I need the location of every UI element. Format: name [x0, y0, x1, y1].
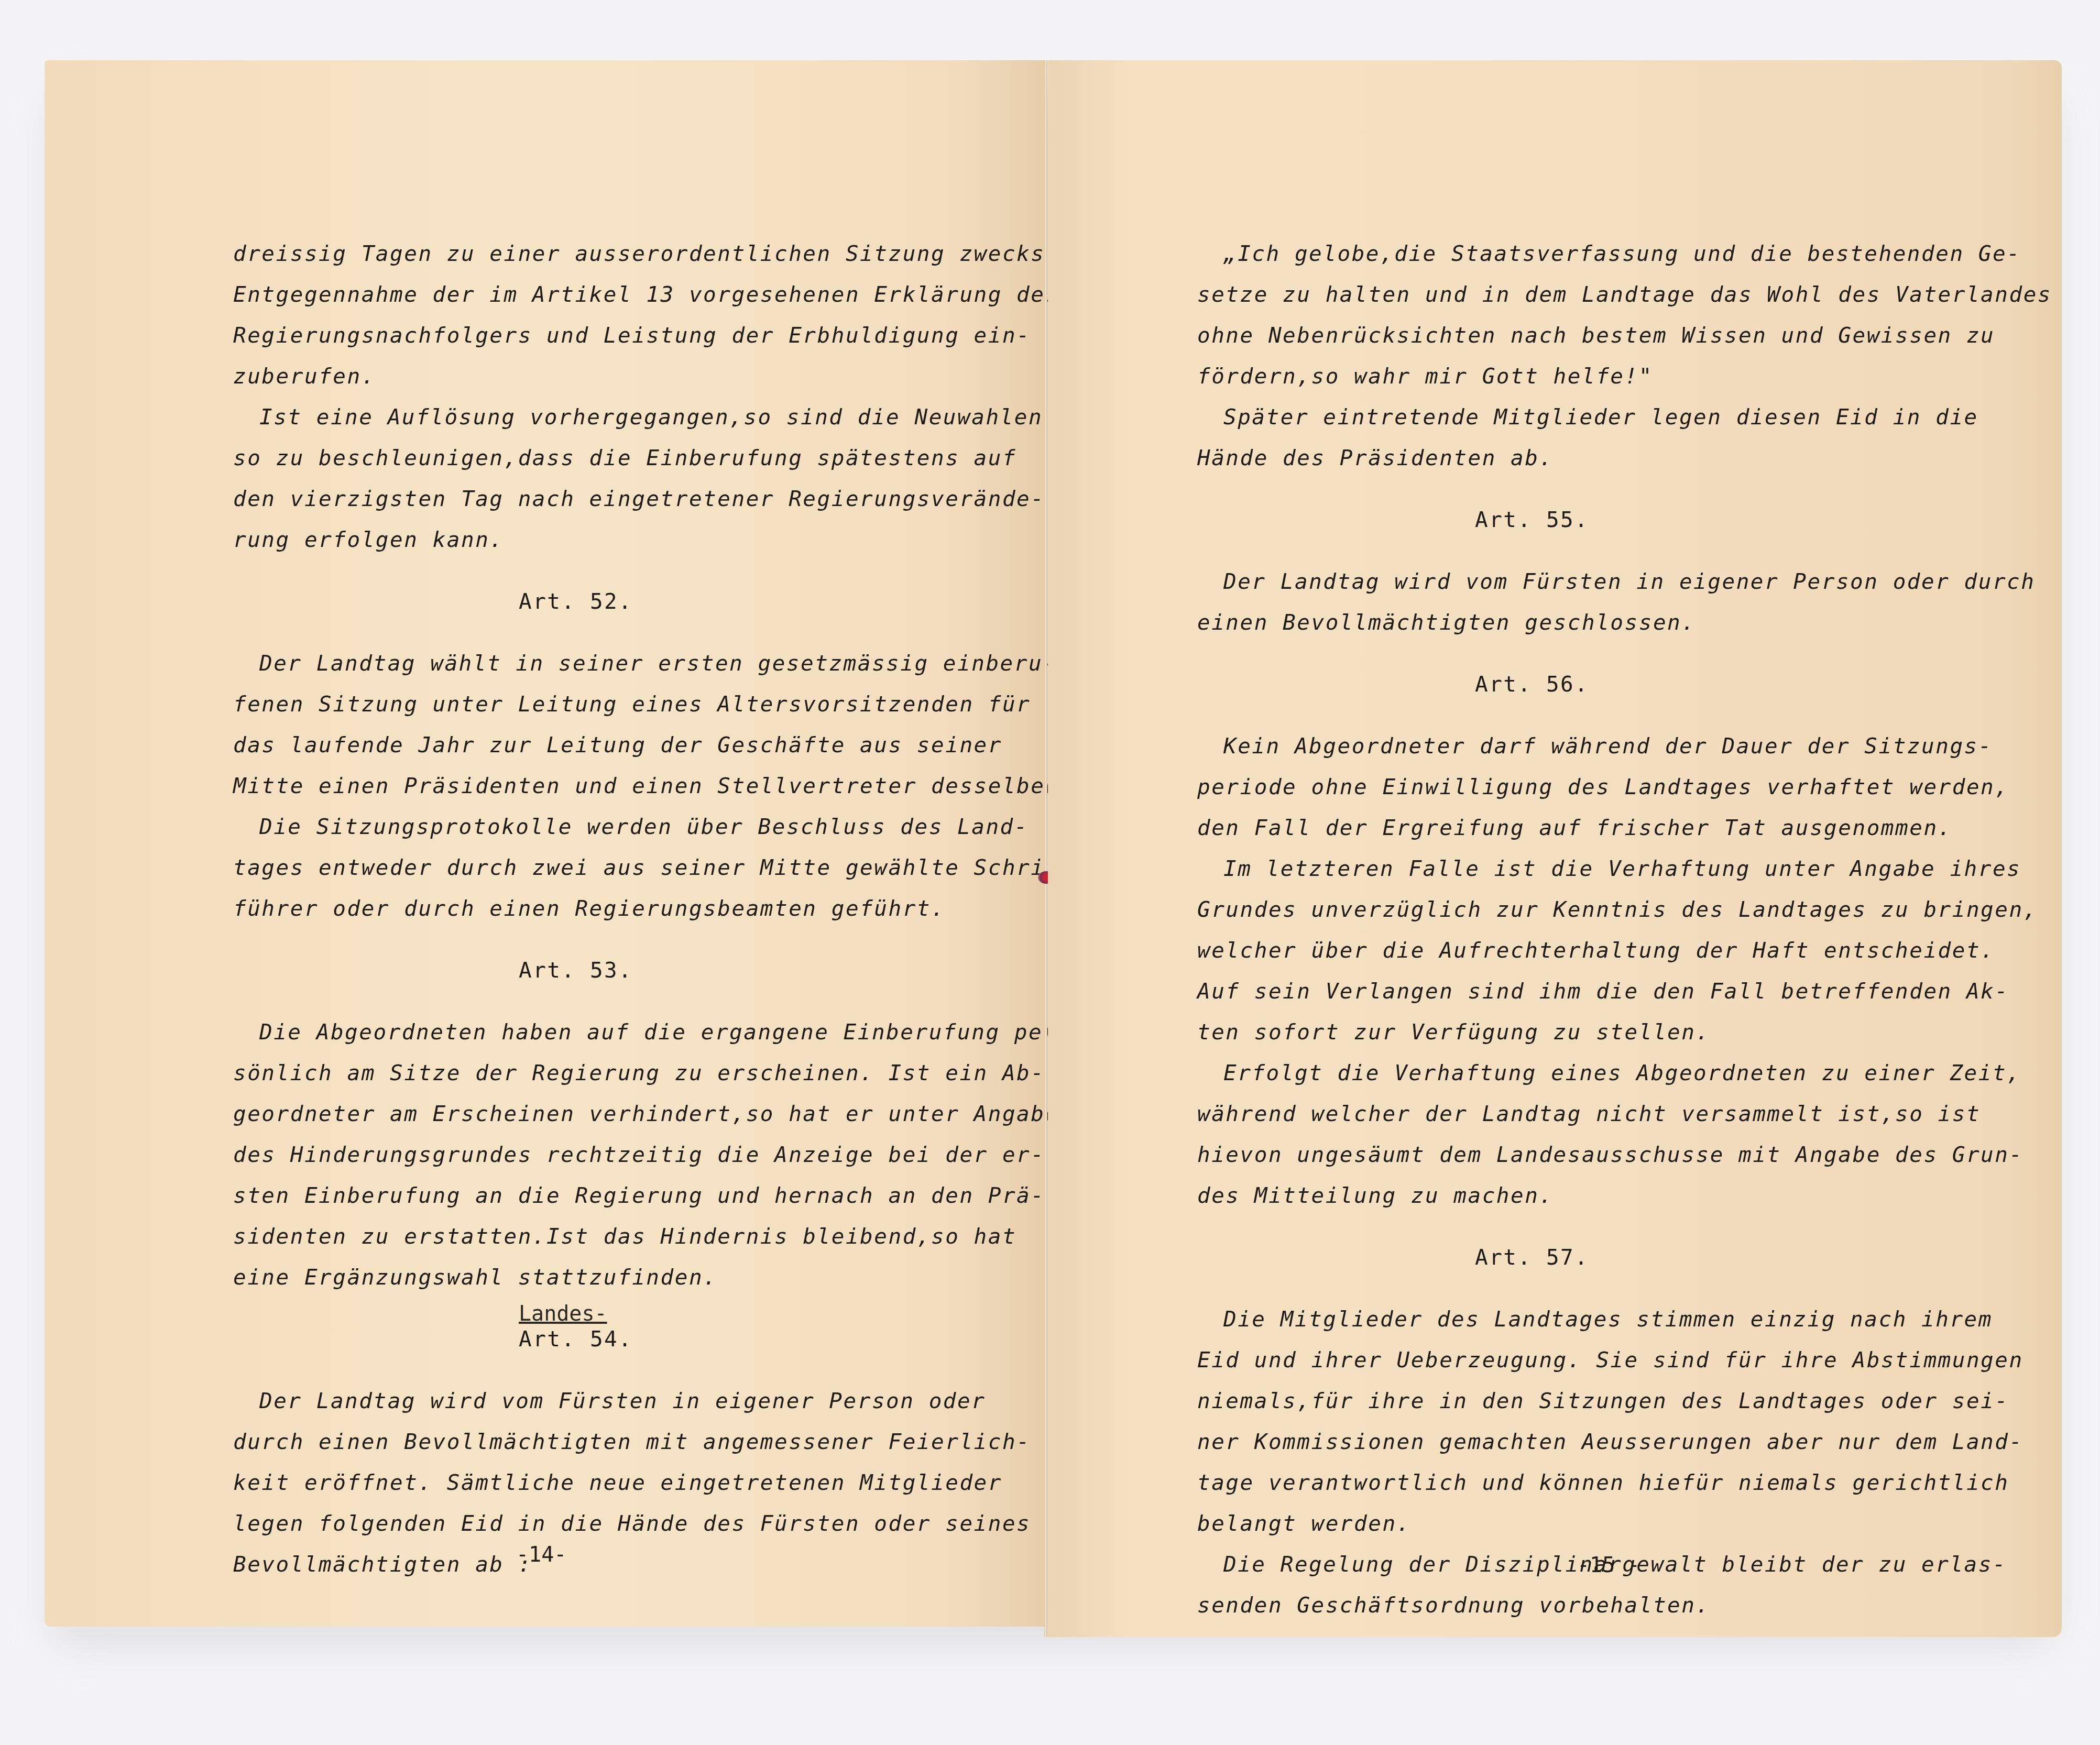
text-line: Bevollmächtigten ab : [233, 1544, 1088, 1585]
text-line: „Ich gelobe,die Staatsverfassung und die… [1197, 233, 2052, 274]
text-line: periode ohne Einwilligung des Landtages … [1197, 766, 2052, 807]
text-line: sten Einberufung an die Regierung und he… [233, 1175, 1088, 1216]
spacer [233, 991, 1088, 1012]
spacer [233, 622, 1088, 643]
article-heading: Art. 54. [233, 1319, 1088, 1359]
text-line: führer oder durch einen Regierungsbeamte… [233, 888, 1088, 929]
text-line: Mitte einen Präsidenten und einen Stellv… [233, 765, 1088, 806]
left-page: dreissig Tagen zu einer ausserordentlich… [45, 60, 1045, 1627]
spacer [233, 1359, 1088, 1380]
text-line: legen folgenden Eid in die Hände des Für… [233, 1503, 1088, 1544]
text-line: ner Kommissionen gemachten Aeusserungen … [1197, 1421, 2052, 1462]
spacer [1197, 478, 2052, 499]
text-line: einen Bevollmächtigten geschlossen. [1197, 602, 2052, 643]
text-line: Die Abgeordneten haben auf die ergangene… [233, 1012, 1088, 1052]
right-page: „Ich gelobe,die Staatsverfassung und die… [1048, 60, 2062, 1637]
spacer [1197, 540, 2052, 561]
handwritten-annotation: Landes- [519, 1302, 607, 1326]
text-line: des Mitteilung zu machen. [1197, 1175, 2052, 1216]
text-line: eine Ergänzungswahl stattzufinden. [233, 1257, 1088, 1298]
text-line: den Fall der Ergreifung auf frischer Tat… [1197, 807, 2052, 848]
page-number-right: -15 - [1577, 1553, 1640, 1577]
text-line: Die Sitzungsprotokolle werden über Besch… [233, 806, 1088, 847]
article-heading: Art. 57. [1197, 1237, 2052, 1278]
text-line: keit eröffnet. Sämtliche neue eingetrete… [233, 1462, 1088, 1503]
text-line: Kein Abgeordneter darf während der Dauer… [1197, 726, 2052, 766]
text-line: sönlich am Sitze der Regierung zu ersche… [233, 1052, 1088, 1093]
text-line: das laufende Jahr zur Leitung der Geschä… [233, 725, 1088, 765]
text-line: zuberufen. [233, 356, 1088, 397]
text-line: Im letzteren Falle ist die Verhaftung un… [1197, 848, 2052, 889]
text-line: welcher über die Aufrechterhaltung der H… [1197, 930, 2052, 971]
text-line: Die Mitglieder des Landtages stimmen ein… [1197, 1299, 2052, 1340]
spacer [1197, 1278, 2052, 1299]
text-line: ohne Nebenrücksichten nach bestem Wissen… [1197, 315, 2052, 356]
text-line: Hände des Präsidenten ab. [1197, 437, 2052, 478]
spacer [1197, 1216, 2052, 1237]
spacer [233, 929, 1088, 950]
text-line: Später eintretende Mitglieder legen dies… [1197, 397, 2052, 437]
page-number-left: -14- [516, 1543, 566, 1567]
text-line: rung erfolgen kann. [233, 519, 1088, 560]
text-line: sidenten zu erstatten.Ist das Hindernis … [233, 1216, 1088, 1257]
text-line: belangt werden. [1197, 1503, 2052, 1544]
left-page-text: dreissig Tagen zu einer ausserordentlich… [233, 233, 1088, 1585]
text-line: Der Landtag wird vom Fürsten in eigener … [1197, 561, 2052, 602]
text-line: so zu beschleunigen,dass die Einberufung… [233, 437, 1088, 478]
text-line: tage verantwortlich und können hiefür ni… [1197, 1462, 2052, 1503]
article-heading: Art. 53. [233, 950, 1088, 991]
text-line: Auf sein Verlangen sind ihm die den Fall… [1197, 971, 2052, 1012]
article-heading: Art. 56. [1197, 664, 2052, 705]
text-line: niemals,für ihre in den Sitzungen des La… [1197, 1380, 2052, 1421]
text-line: Der Landtag wird vom Fürsten in eigener … [233, 1380, 1088, 1421]
text-line: Erfolgt die Verhaftung eines Abgeordnete… [1197, 1052, 2052, 1093]
text-line: Ist eine Auflösung vorhergegangen,so sin… [233, 397, 1088, 437]
text-line: durch einen Bevollmächtigten mit angemes… [233, 1421, 1088, 1462]
text-line: während welcher der Landtag nicht versam… [1197, 1093, 2052, 1134]
text-line: setze zu halten und in dem Landtage das … [1197, 274, 2052, 315]
text-line: hievon ungesäumt dem Landesausschusse mi… [1197, 1134, 2052, 1175]
text-line: Entgegennahme der im Artikel 13 vorgeseh… [233, 274, 1088, 315]
text-line: ten sofort zur Verfügung zu stellen. [1197, 1012, 2052, 1052]
text-line: Grundes unverzüglich zur Kenntnis des La… [1197, 889, 2052, 930]
text-line: fördern,so wahr mir Gott helfe!" [1197, 356, 2052, 397]
article-heading: Art. 52. [233, 581, 1088, 622]
open-booklet: dreissig Tagen zu einer ausserordentlich… [45, 60, 2062, 1648]
text-line: Eid und ihrer Ueberzeugung. Sie sind für… [1197, 1340, 2052, 1380]
book-spine [1044, 60, 1047, 1637]
right-page-text: „Ich gelobe,die Staatsverfassung und die… [1197, 233, 2052, 1626]
spacer [1197, 643, 2052, 664]
article-heading: Art. 55. [1197, 499, 2052, 540]
spacer [233, 560, 1088, 581]
text-line: tages entweder durch zwei aus seiner Mit… [233, 847, 1088, 888]
text-line: des Hinderungsgrundes rechtzeitig die An… [233, 1134, 1088, 1175]
text-line: geordneter am Erscheinen verhindert,so h… [233, 1093, 1088, 1134]
text-line: senden Geschäftsordnung vorbehalten. [1197, 1585, 2052, 1626]
text-line: Der Landtag wählt in seiner ersten geset… [233, 643, 1088, 684]
spacer [233, 1298, 1088, 1319]
text-line: dreissig Tagen zu einer ausserordentlich… [233, 233, 1088, 274]
text-line: den vierzigsten Tag nach eingetretener R… [233, 478, 1088, 519]
spacer [1197, 705, 2052, 726]
text-line: Regierungsnachfolgers und Leistung der E… [233, 315, 1088, 356]
text-line: fenen Sitzung unter Leitung eines Alters… [233, 684, 1088, 725]
